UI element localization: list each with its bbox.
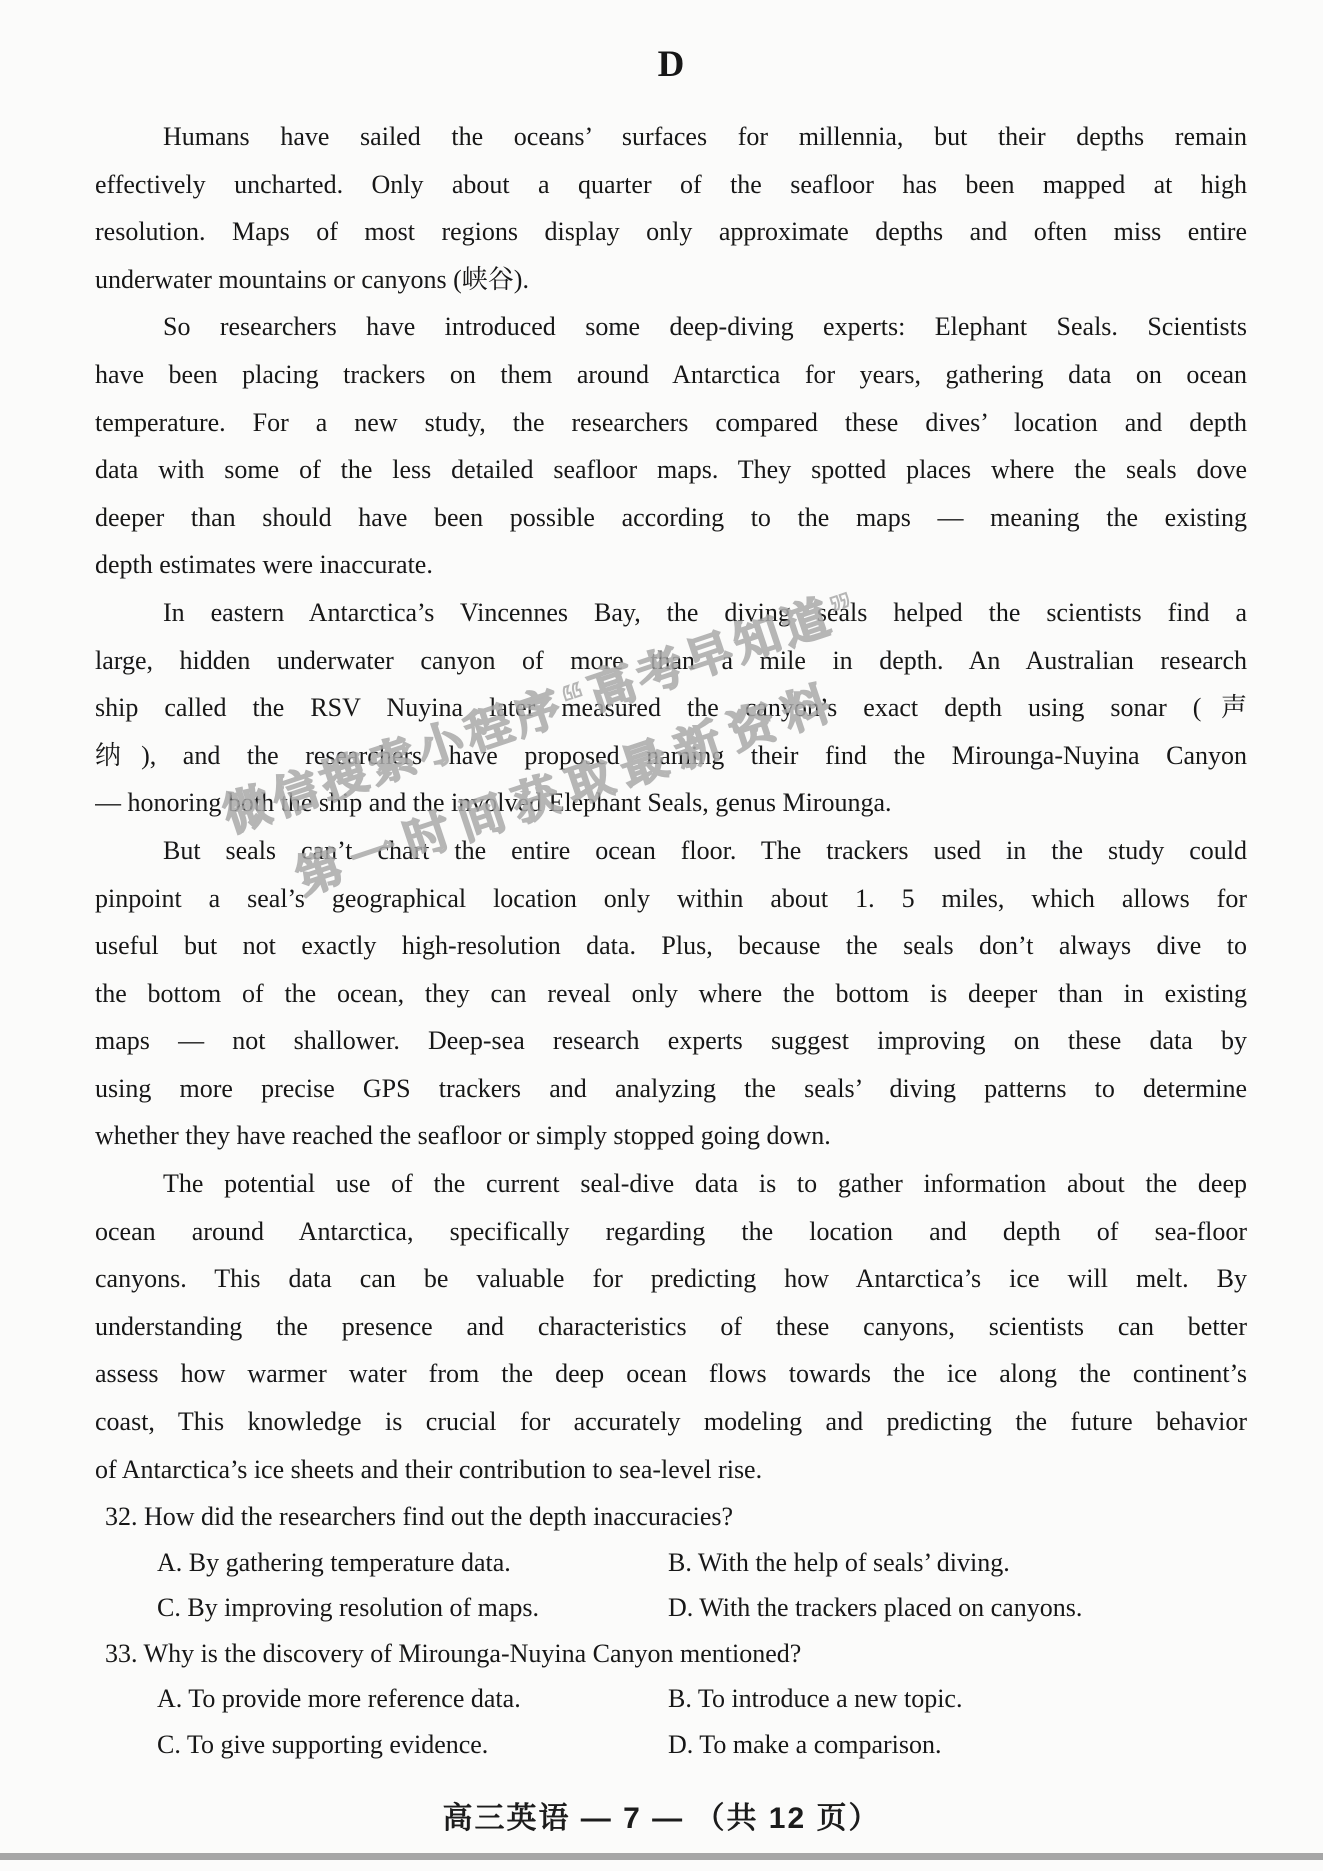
option-row: C. To give supporting evidence.D. To mak… bbox=[95, 1722, 1247, 1768]
passage-line: of Antarctica’s ice sheets and their con… bbox=[95, 1446, 1247, 1494]
passage-line: The potential use of the current seal-di… bbox=[95, 1160, 1247, 1208]
passage-line: resolution. Maps of most regions display… bbox=[95, 208, 1247, 256]
page-footer: 高三英语 — 7 — （共 12 页） bbox=[0, 1793, 1323, 1837]
passage-line: ocean around Antarctica, specifically re… bbox=[95, 1208, 1247, 1256]
passage-line: large, hidden underwater canyon of more … bbox=[95, 637, 1247, 685]
passage-line: coast, This knowledge is crucial for acc… bbox=[95, 1398, 1247, 1446]
option-c: C. To give supporting evidence. bbox=[157, 1722, 668, 1768]
passage-line: underwater mountains or canyons (峡谷). bbox=[95, 256, 1247, 304]
passage-line: In eastern Antarctica’s Vincennes Bay, t… bbox=[95, 589, 1247, 637]
passage-line: effectively uncharted. Only about a quar… bbox=[95, 161, 1247, 209]
option-a: A. To provide more reference data. bbox=[157, 1676, 668, 1722]
passage-line: — honoring both the ship and the involve… bbox=[95, 779, 1247, 827]
option-a: A. By gathering temperature data. bbox=[157, 1540, 668, 1586]
passage-line: Humans have sailed the oceans’ surfaces … bbox=[95, 113, 1247, 161]
exam-page: D Humans have sailed the oceans’ surface… bbox=[0, 0, 1323, 1871]
passage-line: temperature. For a new study, the resear… bbox=[95, 399, 1247, 447]
passage-line: data with some of the less detailed seaf… bbox=[95, 446, 1247, 494]
questions: 32. How did the researchers find out the… bbox=[95, 1494, 1247, 1767]
passage-line: the bottom of the ocean, they can reveal… bbox=[95, 970, 1247, 1018]
passage-line: depth estimates were inaccurate. bbox=[95, 541, 1247, 589]
passage-line: have been placing trackers on them aroun… bbox=[95, 351, 1247, 399]
passage-line: canyons. This data can be valuable for p… bbox=[95, 1255, 1247, 1303]
bottom-scan-edge-line bbox=[0, 1853, 1323, 1860]
option-d: D. With the trackers placed on canyons. bbox=[668, 1585, 1082, 1631]
passage-line: whether they have reached the seafloor o… bbox=[95, 1112, 1247, 1160]
passage: Humans have sailed the oceans’ surfaces … bbox=[95, 113, 1247, 1493]
section-label: D bbox=[95, 42, 1247, 88]
option-row: C. By improving resolution of maps.D. Wi… bbox=[95, 1585, 1247, 1631]
passage-line: deeper than should have been possible ac… bbox=[95, 494, 1247, 542]
passage-line: understanding the presence and character… bbox=[95, 1303, 1247, 1351]
option-b: B. To introduce a new topic. bbox=[668, 1676, 962, 1722]
passage-line: ship called the RSV Nuyina later measure… bbox=[95, 684, 1247, 732]
passage-line: pinpoint a seal’s geographical location … bbox=[95, 875, 1247, 923]
passage-line: maps — not shallower. Deep-sea research … bbox=[95, 1017, 1247, 1065]
passage-line: using more precise GPS trackers and anal… bbox=[95, 1065, 1247, 1113]
passage-line: assess how warmer water from the deep oc… bbox=[95, 1350, 1247, 1398]
passage-line: But seals can’t chart the entire ocean f… bbox=[95, 827, 1247, 875]
option-d: D. To make a comparison. bbox=[668, 1722, 942, 1768]
passage-line: So researchers have introduced some deep… bbox=[95, 303, 1247, 351]
option-row: A. By gathering temperature data.B. With… bbox=[95, 1540, 1247, 1586]
question-stem: 33. Why is the discovery of Mirounga-Nuy… bbox=[95, 1631, 1247, 1677]
option-c: C. By improving resolution of maps. bbox=[157, 1585, 668, 1631]
question-stem: 32. How did the researchers find out the… bbox=[95, 1494, 1247, 1540]
passage-line: 纳), and the researchers have proposed na… bbox=[95, 732, 1247, 780]
option-row: A. To provide more reference data.B. To … bbox=[95, 1676, 1247, 1722]
passage-line: useful but not exactly high-resolution d… bbox=[95, 922, 1247, 970]
option-b: B. With the help of seals’ diving. bbox=[668, 1540, 1010, 1586]
